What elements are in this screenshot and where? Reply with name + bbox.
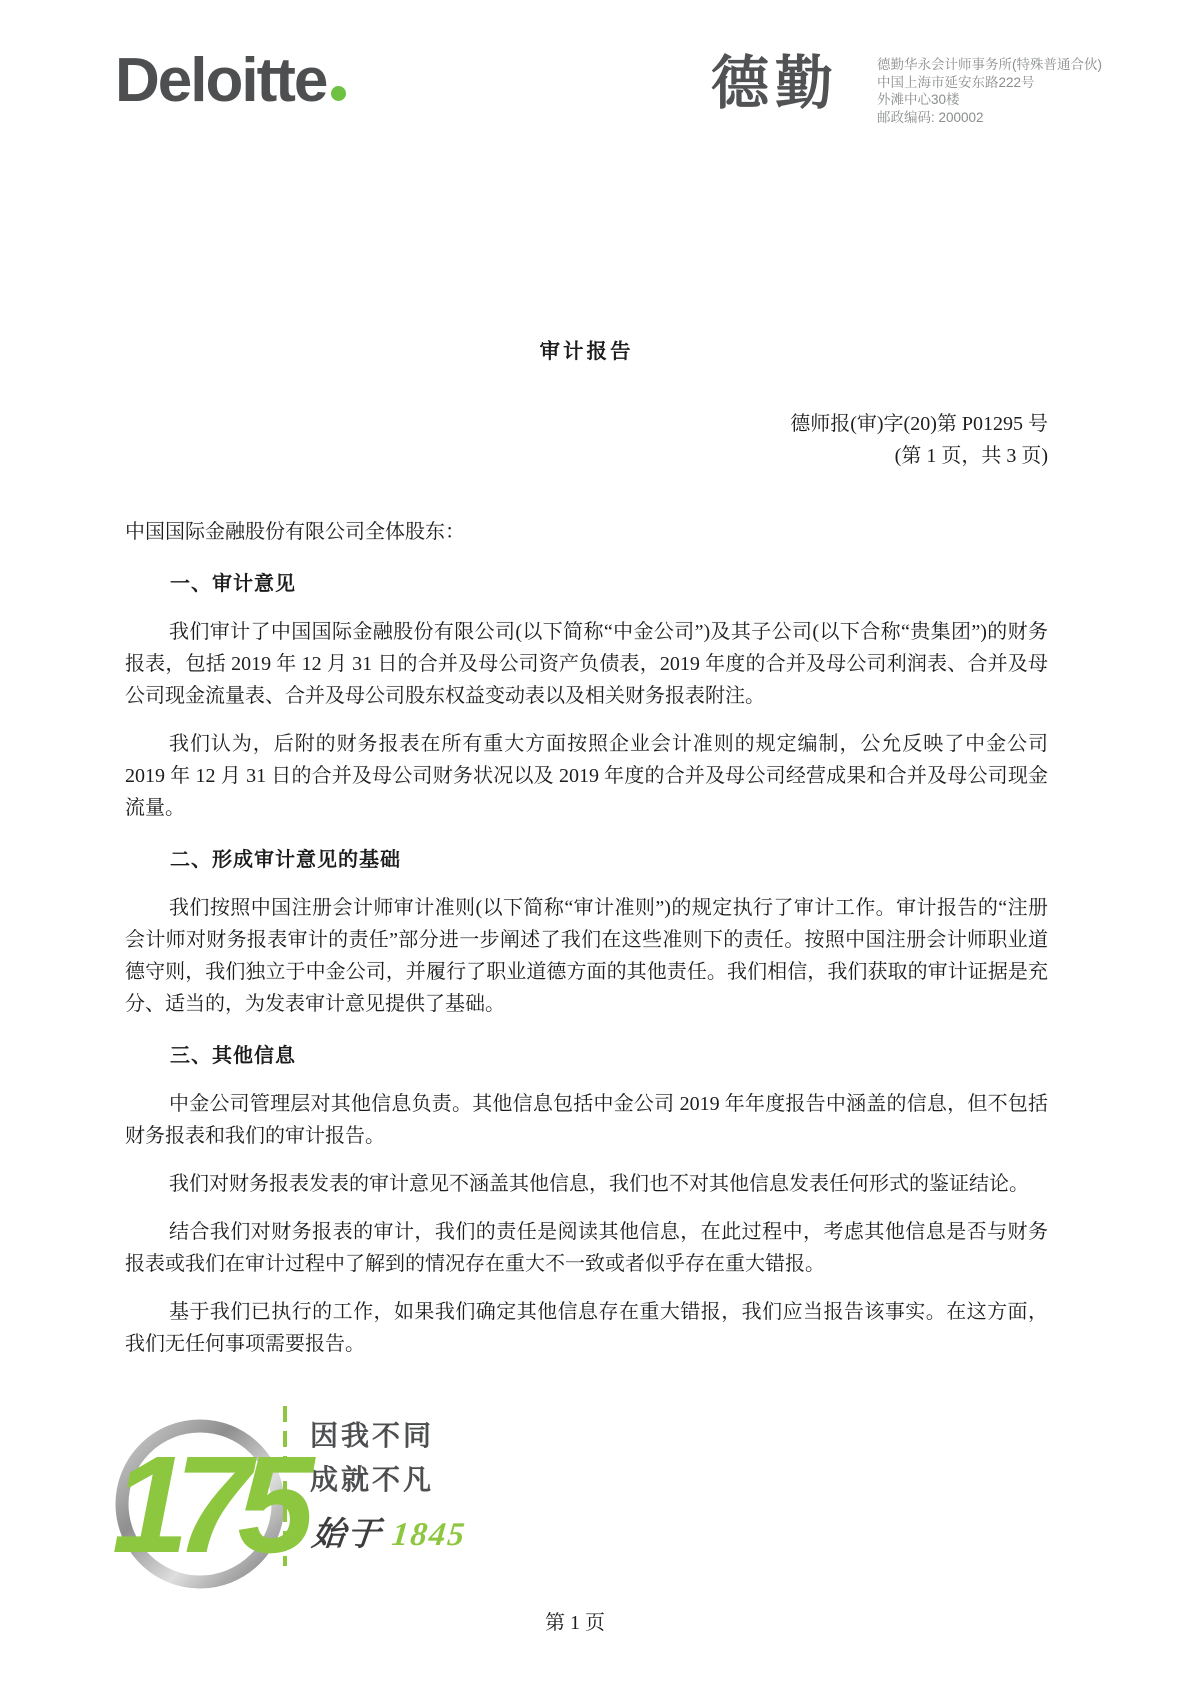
report-body: 审计报告 德师报(审)字(20)第 P01295 号 (第 1 页，共 3 页)… (125, 336, 1048, 1360)
anniversary-175-icon: 175 (108, 1392, 288, 1597)
paragraph: 我们按照中国注册会计师审计准则(以下简称“审计准则”)的规定执行了审计工作。审计… (125, 892, 1048, 1020)
paragraph: 中金公司管理层对其他信息负责。其他信息包括中金公司 2019 年年度报告中涵盖的… (125, 1088, 1048, 1152)
firm-postcode-line: 邮政编码: 200002 (877, 109, 1102, 127)
section-heading-other-information: 三、其他信息 (125, 1040, 1048, 1072)
section-heading-audit-opinion: 一、审计意见 (125, 568, 1048, 600)
deloitte-green-dot-icon (331, 86, 346, 101)
report-title: 审计报告 (125, 336, 1048, 368)
tagline-prefix: 始于 (310, 1517, 384, 1553)
paragraph: 我们认为，后附的财务报表在所有重大方面按照企业会计准则的规定编制，公允反映了中金… (125, 728, 1048, 824)
firm-name-line: 德勤华永会计师事务所(特殊普通合伙) (877, 56, 1102, 74)
firm-building-line: 外滩中心30楼 (877, 91, 1102, 109)
reference-number: 德师报(审)字(20)第 P01295 号 (125, 408, 1048, 440)
page-number: 第 1 页 (125, 1606, 1025, 1635)
reference-block: 德师报(审)字(20)第 P01295 号 (第 1 页，共 3 页) (125, 408, 1048, 472)
paragraph: 我们审计了中国国际金融股份有限公司(以下简称“中金公司”)及其子公司(以下合称“… (125, 616, 1048, 712)
tagline-year: 1845 (390, 1517, 468, 1553)
since-1845-tagline: 始于1845 (310, 1508, 469, 1555)
paragraph: 结合我们对财务报表的审计，我们的责任是阅读其他信息，在此过程中，考虑其他信息是否… (125, 1216, 1048, 1280)
audit-report-page: Deloitte 德勤 德勤华永会计师事务所(特殊普通合伙) 中国上海市延安东路… (0, 0, 1190, 1684)
paragraph: 基于我们已执行的工作，如果我们确定其他信息存在重大错报，我们应当报告该事实。在这… (125, 1296, 1048, 1360)
paragraph: 我们对财务报表发表的审计意见不涵盖其他信息，我们也不对其他信息发表任何形式的鉴证… (125, 1168, 1048, 1200)
anniversary-slogan: 因我不同 成就不凡 始于1845 (310, 1414, 464, 1555)
addressee-line: 中国国际金融股份有限公司全体股东： (125, 516, 1048, 548)
section-heading-basis-for-opinion: 二、形成审计意见的基础 (125, 844, 1048, 876)
deloitte-175-anniversary-logo: 175 (108, 1392, 288, 1597)
firm-street-line: 中国上海市延安东路222号 (877, 74, 1102, 92)
letterhead: Deloitte 德勤 德勤华永会计师事务所(特殊普通合伙) 中国上海市延安东路… (115, 50, 1102, 126)
reference-page-count: (第 1 页，共 3 页) (125, 440, 1048, 472)
firm-address-block: 德勤华永会计师事务所(特殊普通合伙) 中国上海市延安东路222号 外滩中心30楼… (877, 50, 1102, 126)
slogan-line-2: 成就不凡 (310, 1458, 464, 1502)
slogan-line-1: 因我不同 (310, 1414, 464, 1458)
deloitte-chinese-wordmark: 德勤 (711, 50, 839, 118)
dashed-divider (283, 1406, 287, 1566)
deloitte-logo: Deloitte (115, 50, 346, 112)
letterhead-right: 德勤 德勤华永会计师事务所(特殊普通合伙) 中国上海市延安东路222号 外滩中心… (711, 50, 1102, 126)
deloitte-wordmark: Deloitte (115, 46, 326, 115)
